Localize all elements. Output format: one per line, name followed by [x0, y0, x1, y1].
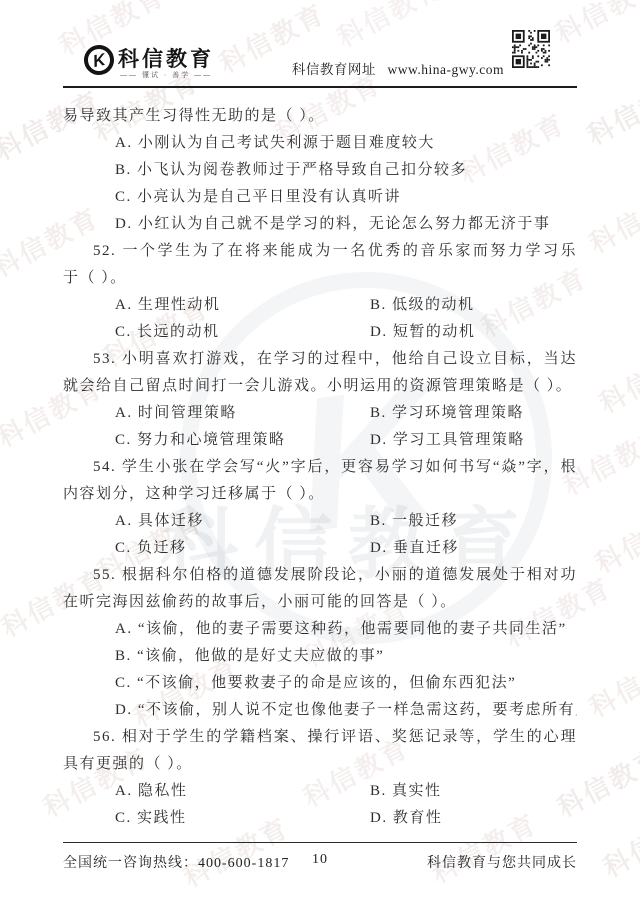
- footer-slogan: 科信教育与您共同成长: [427, 852, 577, 872]
- footer-hotline: 全国统一咨询热线：400-600-1817: [63, 852, 289, 872]
- site-url: www.hina-gwy.com: [388, 62, 504, 77]
- brand-logo-letter: K: [91, 50, 107, 69]
- option-item: B. “该偷，他做的是好丈夫应做的事”: [115, 643, 577, 670]
- option-item: C. 小亮认为是自己平日里没有认真听讲: [115, 184, 577, 211]
- option-item: A. 隐私性: [115, 778, 370, 805]
- option-item: B. 学习环境管理策略: [370, 400, 577, 427]
- option-item: A. 具体迁移: [115, 508, 370, 535]
- question-stem-line: 易导致其产生习得性无助的是（ ）。: [63, 103, 577, 130]
- brand-logo-icon: K: [81, 42, 117, 78]
- option-item: B. 真实性: [370, 778, 577, 805]
- question: 56. 相对于学生的学籍档案、操行评语、奖惩记录等，学生的心理健康教育档案具有更…: [63, 724, 577, 832]
- question: 易导致其产生习得性无助的是（ ）。A. 小刚认为自己考试失利源于题目难度较大B.…: [63, 103, 577, 238]
- option-item: A. 生理性动机: [115, 292, 370, 319]
- option-item: D. 学习工具管理策略: [370, 427, 577, 454]
- site-url-line: 科信教育网址 www.hina-gwy.com: [292, 58, 504, 78]
- question-options: A. 隐私性B. 真实性C. 实践性D. 教育性: [63, 778, 577, 832]
- site-url-label: 科信教育网址: [292, 62, 376, 77]
- question-stem-line: 56. 相对于学生的学籍档案、操行评语、奖惩记录等，学生的心理健康教育档案: [63, 724, 577, 751]
- question-options: A. “该偷，他的妻子需要这种药，他需要同他的妻子共同生活”B. “该偷，他做的…: [63, 616, 577, 724]
- brand-name: 科信教育: [118, 43, 214, 73]
- option-item: D. “不该偷，别人说不定也像他妻子一样急需这药，要考虑所有人生命的价值”: [115, 697, 577, 724]
- question-stem-line: 54. 学生小张在学会写“火”字后，更容易学习如何书写“焱”字，根据迁移的: [63, 454, 577, 481]
- question-options: A. 小刚认为自己考试失利源于题目难度较大B. 小飞认为阅卷教师过于严格导致自己…: [63, 130, 577, 238]
- option-item: D. 垂直迁移: [370, 535, 577, 562]
- option-item: C. 努力和心境管理策略: [115, 427, 370, 454]
- option-item: D. 教育性: [370, 805, 577, 832]
- question-stem-line: 具有更强的（ ）。: [63, 751, 577, 778]
- question: 54. 学生小张在学会写“火”字后，更容易学习如何书写“焱”字，根据迁移的内容划…: [63, 454, 577, 562]
- question-stem-line: 52. 一个学生为了在将来能成为一名优秀的音乐家而努力学习乐器，这种动机属: [63, 238, 577, 265]
- page-number: 10: [312, 852, 328, 868]
- option-item: A. “该偷，他的妻子需要这种药，他需要同他的妻子共同生活”: [115, 616, 577, 643]
- option-item: B. 小飞认为阅卷教师过于严格导致自己扣分较多: [115, 157, 577, 184]
- option-item: D. 短暂的动机: [370, 319, 577, 346]
- question-stem-line: 53. 小明喜欢打游戏，在学习的过程中，他给自己设立目标，当达到学习目标时，: [63, 346, 577, 373]
- option-item: C. “不该偷，他要救妻子的命是应该的，但偷东西犯法”: [115, 670, 577, 697]
- question-stem-line: 在听完海因兹偷药的故事后，小丽可能的回答是（ ）。: [63, 589, 577, 616]
- document-page: 科信教育 K 科信教育科信教育科信教育科信教育科信教育科信教育科信教育科信教育科…: [0, 0, 640, 899]
- question-stem-line: 内容划分，这种学习迁移属于（ ）。: [63, 481, 577, 508]
- header-divider: [63, 86, 577, 88]
- option-item: D. 小红认为自己就不是学习的料，无论怎么努力都无济于事: [115, 211, 577, 238]
- questions: 易导致其产生习得性无助的是（ ）。A. 小刚认为自己考试失利源于题目难度较大B.…: [0, 88, 640, 832]
- option-item: B. 一般迁移: [370, 508, 577, 535]
- option-item: C. 长远的动机: [115, 319, 370, 346]
- question-stem-line: 于（ ）。: [63, 265, 577, 292]
- question: 53. 小明喜欢打游戏，在学习的过程中，他给自己设立目标，当达到学习目标时，就会…: [63, 346, 577, 454]
- brand-tagline: —— 懂试 · 善学 ——: [120, 70, 212, 80]
- question-options: A. 生理性动机B. 低级的动机C. 长远的动机D. 短暂的动机: [63, 292, 577, 346]
- question-stem-line: 就会给自己留点时间打一会儿游戏。小明运用的资源管理策略是（ ）。: [63, 373, 577, 400]
- option-item: B. 低级的动机: [370, 292, 577, 319]
- page-footer: 全国统一咨询热线：400-600-1817 10 科信教育与您共同成长: [63, 842, 577, 899]
- question: 52. 一个学生为了在将来能成为一名优秀的音乐家而努力学习乐器，这种动机属于（ …: [63, 238, 577, 346]
- question-options: A. 具体迁移B. 一般迁移C. 负迁移D. 垂直迁移: [63, 508, 577, 562]
- option-item: A. 时间管理策略: [115, 400, 370, 427]
- question-stem-line: 55. 根据科尔伯格的道德发展阶段论，小丽的道德发展处于相对功利取向阶段。: [63, 562, 577, 589]
- question-options: A. 时间管理策略B. 学习环境管理策略C. 努力和心境管理策略D. 学习工具管…: [63, 400, 577, 454]
- page-header: K 科信教育 —— 懂试 · 善学 —— 科信教育网址 www.hina-gwy…: [0, 0, 640, 88]
- question: 55. 根据科尔伯格的道德发展阶段论，小丽的道德发展处于相对功利取向阶段。在听完…: [63, 562, 577, 724]
- option-item: A. 小刚认为自己考试失利源于题目难度较大: [115, 130, 577, 157]
- qr-code-icon: [512, 30, 550, 68]
- option-item: C. 实践性: [115, 805, 370, 832]
- option-item: C. 负迁移: [115, 535, 370, 562]
